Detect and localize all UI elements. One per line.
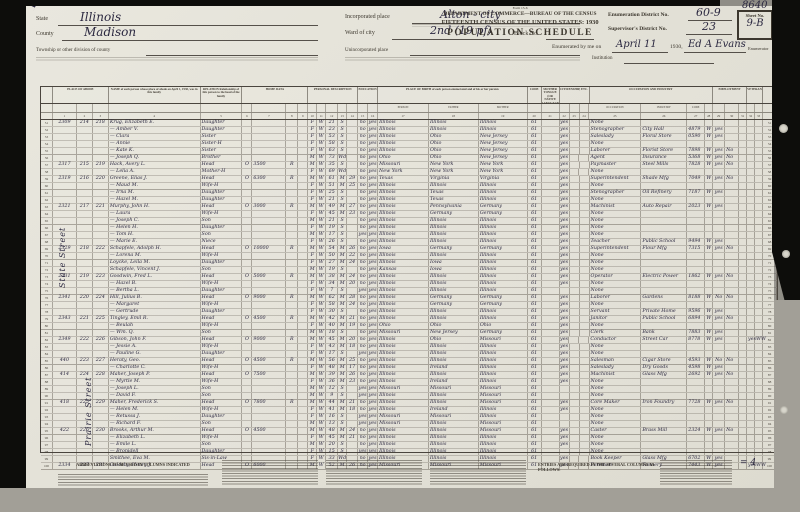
cell-wk: yes — [713, 316, 725, 322]
cell-rl: Head — [201, 428, 243, 434]
cell-wk: yes — [713, 274, 725, 280]
cell-v2 — [755, 141, 763, 147]
cell-rl: Daughter — [201, 449, 243, 455]
cell-c1: yes — [560, 197, 570, 203]
cell-ag: 26 — [326, 239, 338, 245]
cell-oc: None — [590, 260, 642, 266]
cell-tg — [542, 211, 560, 217]
cell-c2 — [570, 393, 580, 399]
cell-in — [641, 260, 687, 266]
cell-cd: 61 — [528, 316, 542, 322]
cell-b2: Ohio — [429, 141, 479, 147]
cell-b2: Illinois — [429, 393, 479, 399]
cell-ow — [242, 351, 252, 357]
cell-rl: Wife-H — [201, 323, 243, 329]
cell-nm: — Joseph Q. — [109, 155, 201, 161]
cell-c1 — [560, 386, 570, 392]
cell-od: 4593 — [687, 358, 705, 364]
cell-cw — [705, 414, 713, 420]
cell-vl — [252, 365, 286, 371]
cell-am — [347, 421, 358, 427]
census-row: 95422226230Brooks, Arthur M.HeadO4500MW4… — [41, 428, 777, 435]
cell-vl: 4500 — [252, 316, 286, 322]
cell-ms: M — [338, 337, 347, 343]
cell-vl: 10000 — [252, 246, 286, 252]
cell-sc: no — [358, 120, 368, 126]
cell-cw — [705, 211, 713, 217]
cell-ms: M — [338, 428, 347, 434]
cell-b1: Illinois — [378, 204, 429, 210]
sheet-value: 9-B — [738, 18, 772, 29]
cell-v1 — [747, 428, 755, 434]
cell-ln: 53 — [41, 134, 53, 140]
cell-b3: Illinois — [479, 127, 528, 133]
cell-od — [687, 281, 705, 287]
cell-c1: yes — [560, 204, 570, 210]
cell-h: 2319 — [53, 176, 77, 182]
cell-v1 — [747, 351, 755, 357]
cell-b2: Ireland — [429, 407, 479, 413]
cell-ln: 77 — [41, 302, 53, 308]
cell-c3 — [580, 183, 590, 189]
cell-oc: None — [590, 197, 642, 203]
cell-v1 — [747, 239, 755, 245]
cell-rl: Head — [201, 316, 243, 322]
cell-vl — [252, 330, 286, 336]
township-label: Township or other division of county — [36, 48, 110, 53]
table-group-header: PLACE OF ABODENAME of each person whose … — [41, 87, 777, 104]
cell-oc: None — [590, 386, 642, 392]
cell-b1: Illinois — [378, 365, 429, 371]
cell-sc: no — [358, 267, 368, 273]
cell-h — [53, 148, 77, 154]
cell-h — [53, 288, 77, 294]
cell-v2 — [755, 176, 763, 182]
cell-h — [53, 442, 77, 448]
cell-oc: None — [590, 407, 642, 413]
cell-e1 — [725, 141, 739, 147]
cell-rd — [286, 330, 298, 336]
cell-am — [347, 330, 358, 336]
cell-v2 — [755, 393, 763, 399]
cell-h — [53, 449, 77, 455]
cell-b3: Illinois — [479, 309, 528, 315]
cell-fm: 219 — [93, 162, 109, 168]
cell-cd: 61 — [528, 267, 542, 273]
cell-rl: Wife-H — [201, 435, 243, 441]
cell-lr: 73 — [763, 274, 777, 280]
cell-am — [347, 155, 358, 161]
cell-c3 — [579, 155, 589, 161]
cell-oc: Laborer — [590, 295, 642, 301]
cell-e1 — [725, 232, 739, 238]
cell-rl: Daughter — [201, 309, 243, 315]
cell-b2: Illinois — [429, 183, 479, 189]
cell-wk — [713, 449, 725, 455]
cell-c2 — [570, 127, 580, 133]
cell-rw: yes — [368, 365, 378, 371]
column-number: 17 — [378, 113, 429, 119]
cell-wk: yes — [713, 204, 725, 210]
cell-am: 18 — [347, 407, 358, 413]
cell-tg — [542, 232, 560, 238]
cell-ow — [242, 253, 252, 259]
cell-cl: W — [317, 358, 326, 364]
cell-b1: Ohio — [378, 155, 429, 161]
cell-fa — [298, 120, 308, 126]
cell-in — [641, 169, 687, 175]
cell-vl — [252, 344, 286, 350]
cell-vl — [252, 309, 286, 315]
cell-b3: Illinois — [479, 260, 528, 266]
cell-am — [347, 169, 358, 175]
cell-c3 — [580, 393, 590, 399]
cell-tg — [542, 225, 560, 231]
cell-c1: yes — [560, 372, 570, 378]
cell-wk: yes — [713, 155, 725, 161]
cell-sc: yes — [358, 393, 368, 399]
cell-cd: 61 — [528, 302, 542, 308]
cell-cw — [705, 281, 713, 287]
cell-e1 — [725, 365, 739, 371]
census-row: 78— GertrudeDaughterFW30SnoyesIllinoisIl… — [41, 309, 777, 316]
cell-c3 — [580, 365, 590, 371]
cell-b3: Missouri — [479, 421, 528, 427]
cell-rl: Wife-H — [201, 183, 243, 189]
cell-ag: 69 — [326, 169, 338, 175]
cell-b3: New York — [479, 162, 528, 168]
cell-ms: M — [338, 274, 347, 280]
cell-rw: yes — [368, 323, 378, 329]
cell-c2 — [570, 246, 580, 252]
cell-b1: Missouri — [378, 414, 429, 420]
cell-oc: Caster — [590, 428, 642, 434]
cell-od — [687, 260, 705, 266]
cell-ms: S — [338, 232, 347, 238]
sub-header-b1: PERSON — [378, 104, 429, 112]
cell-dw: 215 — [77, 162, 93, 168]
cell-tg — [542, 204, 560, 210]
cell-ln: 69 — [41, 246, 53, 252]
cell-e2 — [739, 421, 747, 427]
cell-rw: yes — [368, 239, 378, 245]
cell-sc: no — [358, 400, 368, 406]
cell-oc: Core Maker — [590, 400, 642, 406]
cell-c1: yes — [560, 134, 570, 140]
cell-c2 — [570, 442, 580, 448]
incorporated-label: Incorporated place — [345, 14, 390, 20]
cell-v1 — [747, 141, 755, 147]
sub-header-ag — [326, 104, 338, 112]
cell-ow: O — [242, 204, 252, 210]
cell-ow: O — [242, 400, 252, 406]
cell-b1: Illinois — [378, 309, 429, 315]
cell-cw: W — [705, 204, 713, 210]
cell-vl: 5000 — [252, 274, 286, 280]
cell-v1 — [747, 176, 755, 182]
cell-ms: S — [338, 449, 347, 455]
cell-b1: Kansas — [378, 267, 429, 273]
cell-vl — [252, 211, 286, 217]
census-row: 53— ClaraSisterFW53SnoyesIllinoisOhioNew… — [41, 134, 777, 141]
cell-e2 — [739, 246, 747, 252]
cell-rw: yes — [368, 330, 378, 336]
cell-oc: Stenographer — [590, 127, 642, 133]
cell-rd — [286, 197, 298, 203]
cell-nm: Gibson, John F. — [109, 337, 201, 343]
cell-rw: yes — [368, 379, 378, 385]
cell-v2: WW — [755, 337, 763, 343]
cell-rl: Sister — [201, 134, 243, 140]
cell-b2: New York — [429, 169, 479, 175]
cell-nm: — Hazel B. — [109, 281, 201, 287]
cell-vl — [252, 260, 286, 266]
cell-e2 — [739, 281, 747, 287]
cell-fm — [93, 218, 109, 224]
sub-header-e1 — [725, 104, 739, 112]
cell-in — [641, 197, 687, 203]
cell-ag: 13 — [326, 421, 338, 427]
cell-fa — [298, 442, 308, 448]
cell-v1 — [747, 323, 755, 329]
cell-v2 — [755, 428, 763, 434]
cell-fm — [93, 302, 109, 308]
cell-in: Brass Mill — [641, 428, 687, 434]
cell-fm — [93, 281, 109, 287]
cell-od — [687, 225, 705, 231]
cell-v1 — [747, 267, 755, 273]
cell-ln: 63 — [41, 204, 53, 210]
cell-ms: S — [338, 127, 347, 133]
state-value: Illinois — [80, 10, 121, 24]
cell-ow — [242, 344, 252, 350]
cell-fm — [93, 197, 109, 203]
cell-rd — [286, 302, 298, 308]
sub-header-fm — [93, 104, 109, 112]
cell-b2: Illinois — [429, 225, 479, 231]
cell-rl: Niece — [201, 239, 243, 245]
cell-v1 — [747, 393, 755, 399]
cell-sc: no — [358, 260, 368, 266]
cell-h — [53, 386, 77, 392]
cell-fm — [93, 323, 109, 329]
cell-am: 23 — [347, 379, 358, 385]
cell-in: Electric Power — [641, 274, 687, 280]
cell-in — [641, 302, 687, 308]
cell-e2 — [739, 337, 747, 343]
cell-e1 — [725, 134, 739, 140]
cell-ln: 97 — [41, 442, 53, 448]
cell-nm: — Richard F. — [109, 421, 201, 427]
cell-sx: M — [308, 155, 317, 161]
cell-ms: M — [338, 365, 347, 371]
cell-e1: No — [725, 372, 739, 378]
cell-c2 — [570, 141, 580, 147]
cell-am: 24 — [347, 260, 358, 266]
cell-c3 — [580, 435, 590, 441]
state-label: State — [36, 16, 48, 22]
cell-ag: 27 — [326, 260, 338, 266]
cell-e2 — [739, 442, 747, 448]
cell-cd: 61 — [528, 421, 542, 427]
cell-sx: M — [308, 421, 317, 427]
cell-in — [641, 449, 687, 455]
cell-nm: — Emile L. — [109, 442, 201, 448]
cell-fa — [298, 267, 308, 273]
cell-v1 — [747, 316, 755, 322]
cell-b3: Germany — [479, 295, 528, 301]
cell-e1: No — [725, 428, 739, 434]
enumerated-label: Enumerated by me on — [552, 44, 601, 50]
cell-wk: yes — [713, 190, 725, 196]
group-header: PLACE OF ABODE — [53, 87, 109, 103]
cell-ow — [242, 330, 252, 336]
cell-c1: yes — [560, 260, 570, 266]
cell-sx: F — [308, 211, 317, 217]
cell-cl: W — [317, 428, 326, 434]
cell-fa — [298, 421, 308, 427]
cell-cl: W — [317, 134, 326, 140]
cell-tg — [542, 435, 560, 441]
cell-b3: Illinois — [479, 407, 528, 413]
cell-v2 — [755, 211, 763, 217]
cell-c1: yes — [560, 253, 570, 259]
cell-in — [641, 288, 687, 294]
cell-tg — [542, 316, 560, 322]
cell-od — [687, 232, 705, 238]
cell-b3: Illinois — [479, 120, 528, 126]
cell-ln: 51 — [41, 120, 53, 126]
cell-cd: 61 — [528, 120, 542, 126]
cell-c1: yes — [560, 267, 570, 273]
cell-ag: 12 — [326, 386, 338, 392]
cell-e1 — [725, 225, 739, 231]
cell-rw: yes — [368, 281, 378, 287]
cell-am: 25 — [347, 358, 358, 364]
cell-oc: Laborer — [590, 148, 642, 154]
cell-c1: yes — [560, 218, 570, 224]
cell-fa — [298, 323, 308, 329]
cell-fa — [298, 386, 308, 392]
abbreviations-title: ABBREVIATIONS TO BE USED IN COLUMNS INDI… — [58, 462, 208, 467]
cell-ln: 73 — [41, 274, 53, 280]
cell-c3 — [580, 316, 590, 322]
cell-nm: — Joseph L. — [109, 386, 201, 392]
cell-cd: 61 — [528, 141, 542, 147]
cell-nm: Goodwin, Fred L. — [109, 274, 201, 280]
cell-b2: Ireland — [429, 365, 479, 371]
cell-sx: M — [308, 162, 317, 168]
cell-fm — [93, 414, 109, 420]
cell-b3: Illinois — [479, 358, 528, 364]
cell-dw — [77, 141, 93, 147]
column-number: 5 — [201, 113, 243, 119]
cell-am: 25 — [347, 183, 358, 189]
cell-rd — [286, 134, 298, 140]
county-value: Madison — [84, 25, 136, 39]
cell-in: Iron Foundry — [641, 400, 687, 406]
cell-tg — [542, 295, 560, 301]
cell-b2: Illinois — [429, 127, 479, 133]
cell-rl: Son — [201, 393, 243, 399]
cell-rl: Brother — [201, 155, 243, 161]
column-number: 22 — [560, 113, 570, 119]
year-label: 1930, — [670, 44, 683, 50]
cell-oc: None — [590, 232, 642, 238]
cell-oc: Saleslady — [590, 134, 642, 140]
cell-cd: 61 — [528, 169, 542, 175]
cell-v1 — [747, 358, 755, 364]
cell-e2 — [739, 400, 747, 406]
cell-nm: Schapfele, Vincent J. — [109, 267, 201, 273]
cell-od: 2692 — [687, 372, 705, 378]
enumerator-label: Enumerator — [748, 46, 769, 51]
cell-sc: no — [358, 155, 368, 161]
cell-fa — [298, 274, 308, 280]
cell-sc: no — [358, 169, 368, 175]
cell-tg — [542, 155, 560, 161]
cell-tg — [542, 274, 560, 280]
cell-dw — [77, 218, 93, 224]
cell-v1 — [747, 260, 755, 266]
cell-cw — [705, 253, 713, 259]
sub-header-c1 — [560, 104, 570, 112]
cell-rw: yes — [368, 274, 378, 280]
cell-fm — [93, 379, 109, 385]
cell-tg — [542, 442, 560, 448]
column-number: 3 — [93, 113, 109, 119]
sub-header-sc — [358, 104, 368, 112]
census-title: FIFTEENTH CENSUS OF THE UNITED STATES: 1… — [392, 19, 648, 26]
cell-ag: 58 — [326, 141, 338, 147]
census-row: 632321217221Murphy, John H.HeadO3000RMW4… — [41, 204, 777, 211]
cell-fa — [298, 330, 308, 336]
cell-sx: M — [308, 246, 317, 252]
cell-h — [53, 435, 77, 441]
cell-cw: W — [705, 365, 713, 371]
cell-c1: yes — [560, 190, 570, 196]
ward-label: Ward of city — [345, 30, 375, 36]
cell-ow — [242, 260, 252, 266]
cell-fa — [298, 337, 308, 343]
cell-c3 — [580, 253, 590, 259]
cell-ln: 52 — [41, 127, 53, 133]
cell-v2 — [755, 267, 763, 273]
cell-fa — [298, 162, 308, 168]
census-row: 85440223227Heraty, Geo.HeadO4500RMW56M25… — [41, 358, 777, 365]
cell-c3 — [580, 162, 590, 168]
cell-c3 — [580, 281, 590, 287]
cell-fm — [93, 309, 109, 315]
cell-fa — [298, 218, 308, 224]
cell-wk — [713, 288, 725, 294]
cell-rl: Daughter — [201, 414, 243, 420]
county-label: County — [36, 31, 54, 37]
cell-c2 — [570, 316, 580, 322]
cell-h: 2343 — [53, 316, 77, 322]
cell-od: 9596 — [687, 309, 705, 315]
cell-sc: no — [358, 281, 368, 287]
cell-ln: 82 — [41, 337, 53, 343]
cell-sc: no — [358, 358, 368, 364]
cell-e1 — [725, 281, 739, 287]
cell-rd — [286, 148, 298, 154]
cell-b3: Illinois — [479, 365, 528, 371]
cell-in — [641, 421, 687, 427]
cell-dw — [77, 309, 93, 315]
cell-od — [687, 169, 705, 175]
cell-c2 — [570, 372, 580, 378]
